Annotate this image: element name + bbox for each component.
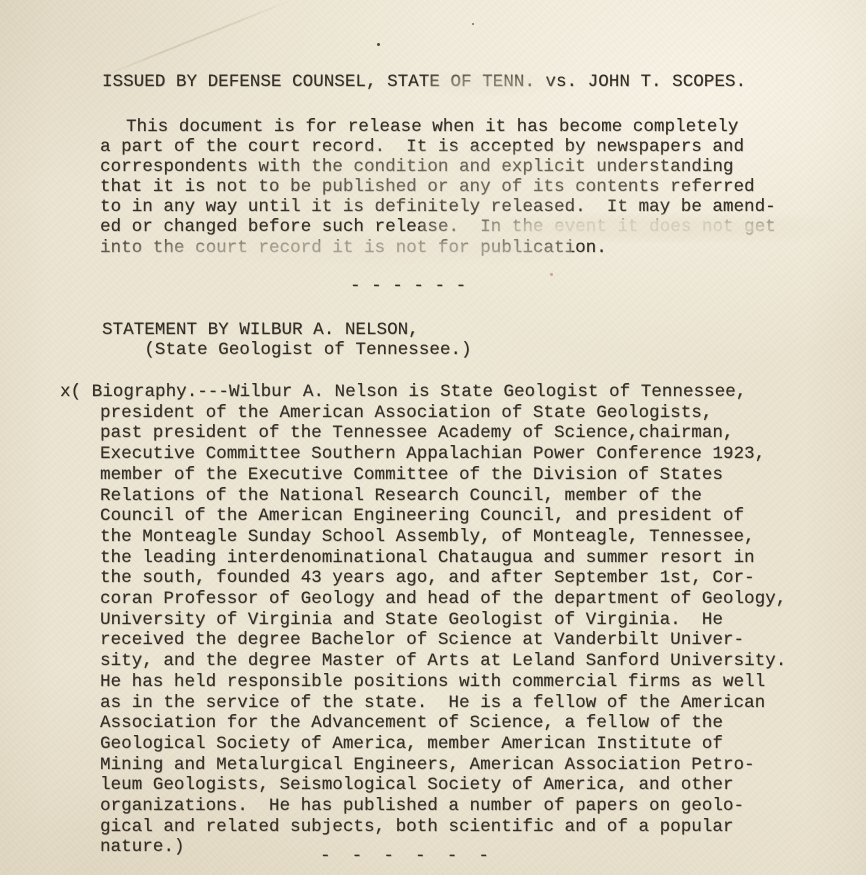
paper-speck (550, 273, 553, 276)
separator-dashes-top: - - - - - - (350, 276, 466, 297)
paper-crease (92, 0, 292, 81)
biography-paragraph: x( Biography.---Wilbur A. Nelson is Stat… (100, 382, 786, 858)
paper-speck (472, 23, 474, 25)
statement-heading: STATEMENT BY WILBUR A. NELSON, (State Ge… (102, 320, 472, 360)
document-title: ISSUED BY DEFENSE COUNSEL, STATE OF TENN… (102, 72, 746, 93)
release-notice-paragraph: This document is for release when it has… (100, 117, 776, 258)
separator-dashes-bottom: - - - - - - (320, 846, 489, 867)
document-page: ISSUED BY DEFENSE COUNSEL, STATE OF TENN… (0, 0, 866, 875)
paper-speck (377, 43, 380, 46)
